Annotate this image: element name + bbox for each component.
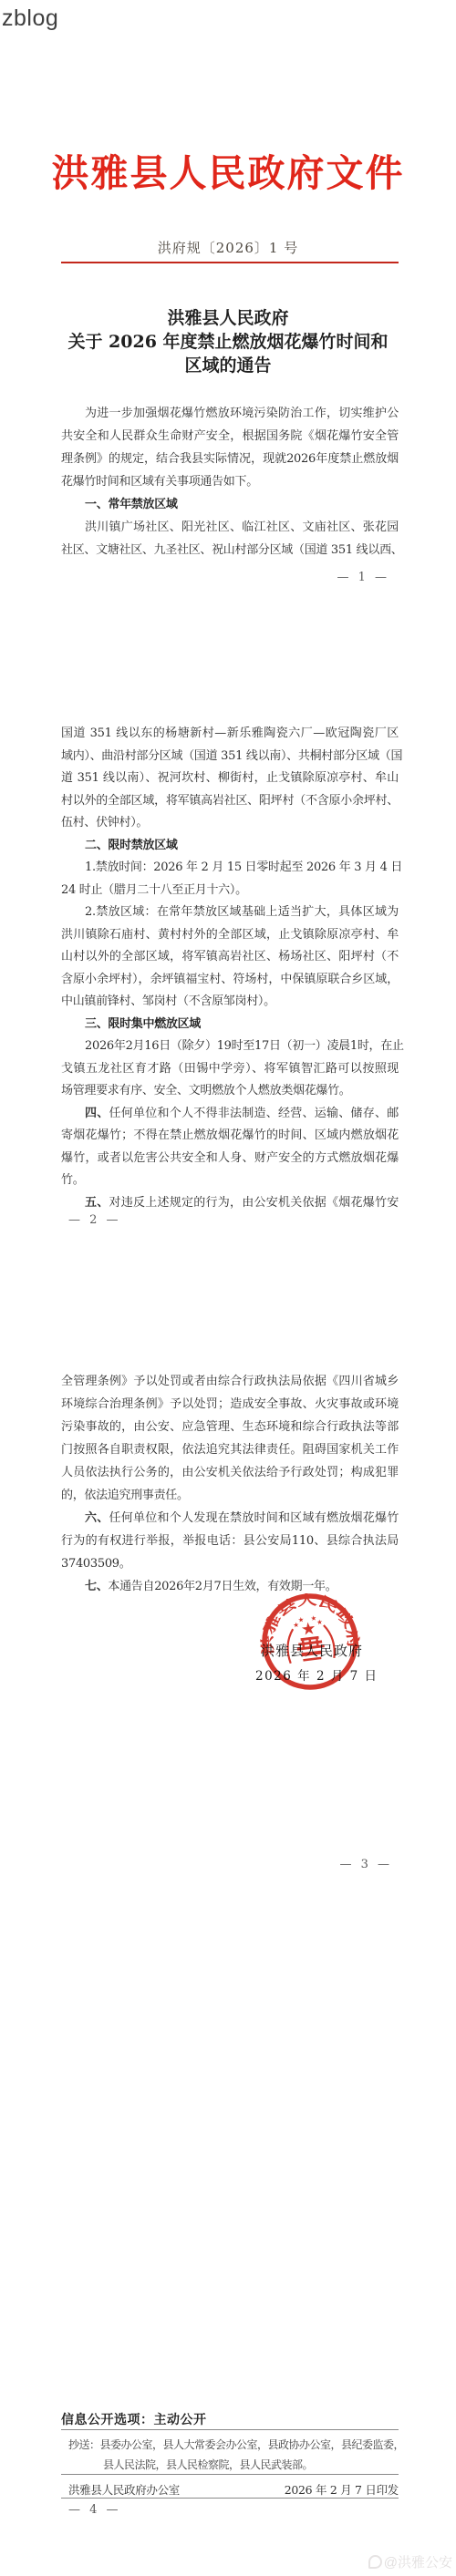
- doc-line: 伍村、伏钟村）。: [61, 812, 399, 835]
- doc-line: 道 351 线以南）、祝河坎村、柳街村，止戈镇除原凉亭村、牟山: [61, 768, 399, 790]
- gov-document-banner: 洪雅县人民政府文件: [0, 143, 456, 197]
- print-date: 2026 年 2 月 7 日印发: [285, 2481, 399, 2498]
- document-page: zblog 洪雅县人民政府文件 洪府规〔2026〕1 号 洪雅县人民政府 关于 …: [0, 0, 456, 2576]
- doc-line: 社区、文塘社区、九圣社区、祝山村部分区域（国道 351 线以西、: [61, 539, 399, 562]
- page1-number: — 1 —: [337, 571, 389, 584]
- doc-line: 竹。: [61, 1170, 399, 1192]
- divider: [61, 2429, 399, 2430]
- doc-line: 寄烟花爆竹；不得在禁止燃放烟花爆竹的时间、区域内燃放烟花: [61, 1125, 399, 1148]
- issuer-office: 洪雅县人民政府办公室: [68, 2481, 180, 2498]
- doc-line: 域内）、曲沿村部分区域（国道 351 线以南）、共桐村部分区域（国: [61, 746, 399, 768]
- doc-line: 全管理条例》予以处罚或者由综合行政执法局依据《四川省城乡: [61, 1370, 399, 1393]
- cc-list-line1: 抄送：县委办公室，县人大常委会办公室，县政协办公室，县纪委监委，: [68, 2437, 404, 2452]
- weibo-watermark-text: @洪雅公安: [384, 2552, 452, 2571]
- red-divider-line: [61, 262, 399, 263]
- disclosure-option: 信息公开选项：主动公开: [61, 2410, 207, 2428]
- doc-line: 场管理要求有序、安全、文明燃放个人燃放类烟花爆竹。: [61, 1080, 399, 1103]
- doc-line: 共安全和人民群众生命财产安全，根据国务院《烟花爆竹安全管: [61, 425, 399, 448]
- doc-line: 国道 351 线以东的杨塘新村—新乐雅陶瓷六厂—欧冠陶瓷厂区: [61, 723, 399, 746]
- doc-line: 行为的有权进行举报，举报电话：县公安局110、县综合执法局: [61, 1530, 399, 1552]
- doc-line: 2026年2月16日（除夕）19时至17日（初一）凌晨1时，在止: [61, 1036, 399, 1058]
- doc-line: 24 时止（腊月二十八至正月十六）。: [61, 880, 399, 902]
- doc-line: 理条例》的规定，结合我县实际情况，现就2026年度禁止燃放烟: [61, 448, 399, 470]
- svg-text:洪雅县人民政府: 洪雅县人民政府: [260, 1592, 360, 1661]
- weibo-watermark-icon: [368, 2555, 382, 2569]
- page2-body: 国道 351 线以东的杨塘新村—新乐雅陶瓷六厂—欧冠陶瓷厂区域内）、曲沿村部分区…: [61, 723, 399, 1214]
- page4-number: — 4 —: [68, 2503, 121, 2517]
- doc-line: 六、任何单位和个人发现在禁放时间和区域有燃放烟花爆竹: [61, 1507, 399, 1530]
- government-seal: 洪雅县人民政府: [260, 1592, 360, 1692]
- doc-line: 环境综合治理条例》予以处罚；造成安全事故、火灾事故或环境: [61, 1393, 399, 1416]
- doc-line: 含原小余坪村），余坪镇福宝村、符场村，中保镇原联合乡区域，: [61, 969, 399, 992]
- doc-line: 三、限时集中燃放区域: [61, 1014, 399, 1036]
- page3-number: — 3 —: [339, 1858, 392, 1871]
- doc-line: 中山镇前锋村、邹岗村（不含原邹岗村）。: [61, 991, 399, 1014]
- doc-line: 37403509。: [61, 1552, 399, 1575]
- doc-line: 的，依法追究刑事责任。: [61, 1484, 399, 1507]
- document-number: 洪府规〔2026〕1 号: [0, 238, 456, 257]
- doc-line: 四、任何单位和个人不得非法制造、经营、运输、储存、邮: [61, 1103, 399, 1126]
- seal-ring-text: 洪雅县人民政府: [260, 1592, 360, 1661]
- cc-list-line2: 县人民法院，县人民检察院，县人民武装部。: [103, 2457, 313, 2472]
- document-title: 洪雅县人民政府 关于 2026 年度禁止燃放烟花爆竹时间和 区域的通告: [0, 306, 456, 377]
- doc-line: 一、常年禁放区域: [61, 493, 399, 516]
- doc-line: 洪川镇除石庙村、黄村村外的全部区域，止戈镇除原凉亭村、牟: [61, 924, 399, 947]
- doc-line: 1.禁放时间：2026 年 2 月 15 日零时起至 2026 年 3 月 4 …: [61, 857, 399, 880]
- doc-line: 为进一步加强烟花爆竹燃放环境污染防治工作，切实维护公: [61, 402, 399, 425]
- divider: [61, 2498, 399, 2499]
- doc-line: 戈镇五龙社区育才路（田锡中学旁）、将军镇智汇路可以按照现: [61, 1058, 399, 1081]
- page1-body: 为进一步加强烟花爆竹燃放环境污染防治工作，切实维护公共安全和人民群众生命财产安全…: [61, 402, 399, 562]
- page2-number: — 2 —: [68, 1213, 121, 1227]
- site-logo[interactable]: zblog: [2, 5, 58, 32]
- doc-line: 2.禁放区域：在常年禁放区域基础上适当扩大，具体区域为: [61, 902, 399, 924]
- doc-line: 二、限时禁放区域: [61, 835, 399, 858]
- doc-line: 五、对违反上述规定的行为，由公安机关依据《烟花爆竹安: [61, 1192, 399, 1215]
- divider: [61, 2474, 399, 2475]
- doc-line: 花爆竹时间和区域有关事项通告如下。: [61, 470, 399, 493]
- doc-line: 山村以外的全部区域，将军镇高岩社区、杨场社区、阳坪村（不: [61, 946, 399, 969]
- doc-line: 人员依法执行公务的，由公安机关依法给予行政处罚；构成犯罪: [61, 1461, 399, 1484]
- doc-line: 污染事故的，由公安、应急管理、生态环境和综合行政执法等部: [61, 1416, 399, 1438]
- issuer-row: 洪雅县人民政府办公室 2026 年 2 月 7 日印发: [68, 2481, 399, 2498]
- seal-national-emblem-icon: [284, 1613, 336, 1664]
- doc-line: 洪川镇广场社区、阳光社区、临江社区、文庙社区、张花园: [61, 516, 399, 539]
- document-title-line: 区域的通告: [0, 354, 456, 377]
- document-title-line: 洪雅县人民政府: [0, 306, 456, 330]
- doc-line: 爆竹，或者以危害公共安全和人身、财产安全的方式燃放烟花爆: [61, 1148, 399, 1170]
- doc-line: 村以外的全部区域，将军镇高岩社区、阳坪村（不含原小余坪村、: [61, 790, 399, 813]
- page3-body: 全管理条例》予以处罚或者由综合行政执法局依据《四川省城乡环境综合治理条例》予以处…: [61, 1370, 399, 1598]
- weibo-watermark: @洪雅公安: [368, 2552, 452, 2571]
- doc-line: 门按照各自职责权限，依法追究其法律责任。阻碍国家机关工作: [61, 1438, 399, 1461]
- document-title-line: 关于 2026 年度禁止燃放烟花爆竹时间和: [0, 330, 456, 354]
